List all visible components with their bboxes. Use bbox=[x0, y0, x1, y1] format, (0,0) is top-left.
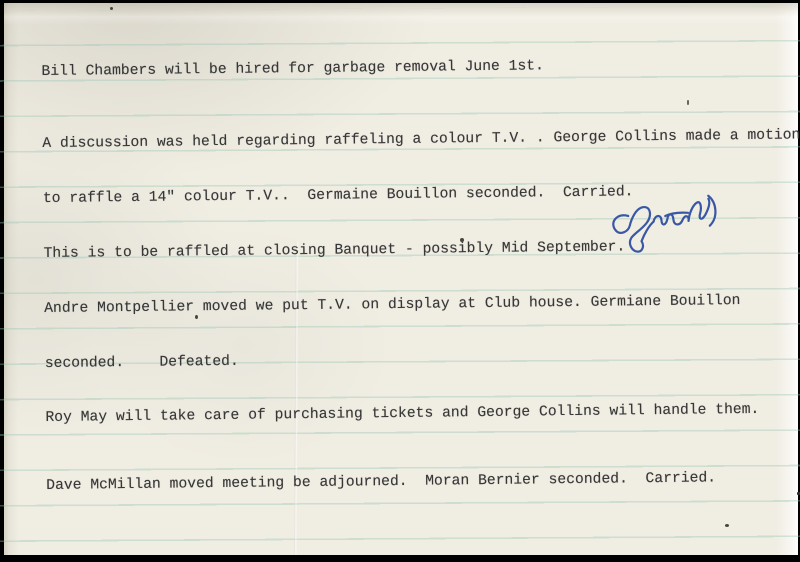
minutes-line: Bill Chambers will be hired for garbage … bbox=[41, 54, 800, 81]
scan-speck bbox=[110, 7, 113, 10]
minutes-line: Andre Montpellier moved we put T.V. on d… bbox=[44, 291, 800, 318]
minutes-text-block: Bill Chambers will be hired for garbage … bbox=[41, 17, 800, 531]
paper-sheet: Bill Chambers will be hired for garbage … bbox=[4, 3, 798, 555]
scanned-document-page: Bill Chambers will be hired for garbage … bbox=[0, 0, 800, 562]
minutes-line: A discussion was held regarding raffelin… bbox=[42, 126, 800, 153]
handwritten-signature bbox=[599, 190, 733, 272]
minutes-line: Dave McMillan moved meeting be adjourned… bbox=[46, 468, 800, 495]
scan-speck bbox=[725, 524, 729, 527]
minutes-line: Roy May will take care of purchasing tic… bbox=[45, 401, 800, 428]
minutes-line: seconded. Defeated. bbox=[45, 346, 800, 373]
